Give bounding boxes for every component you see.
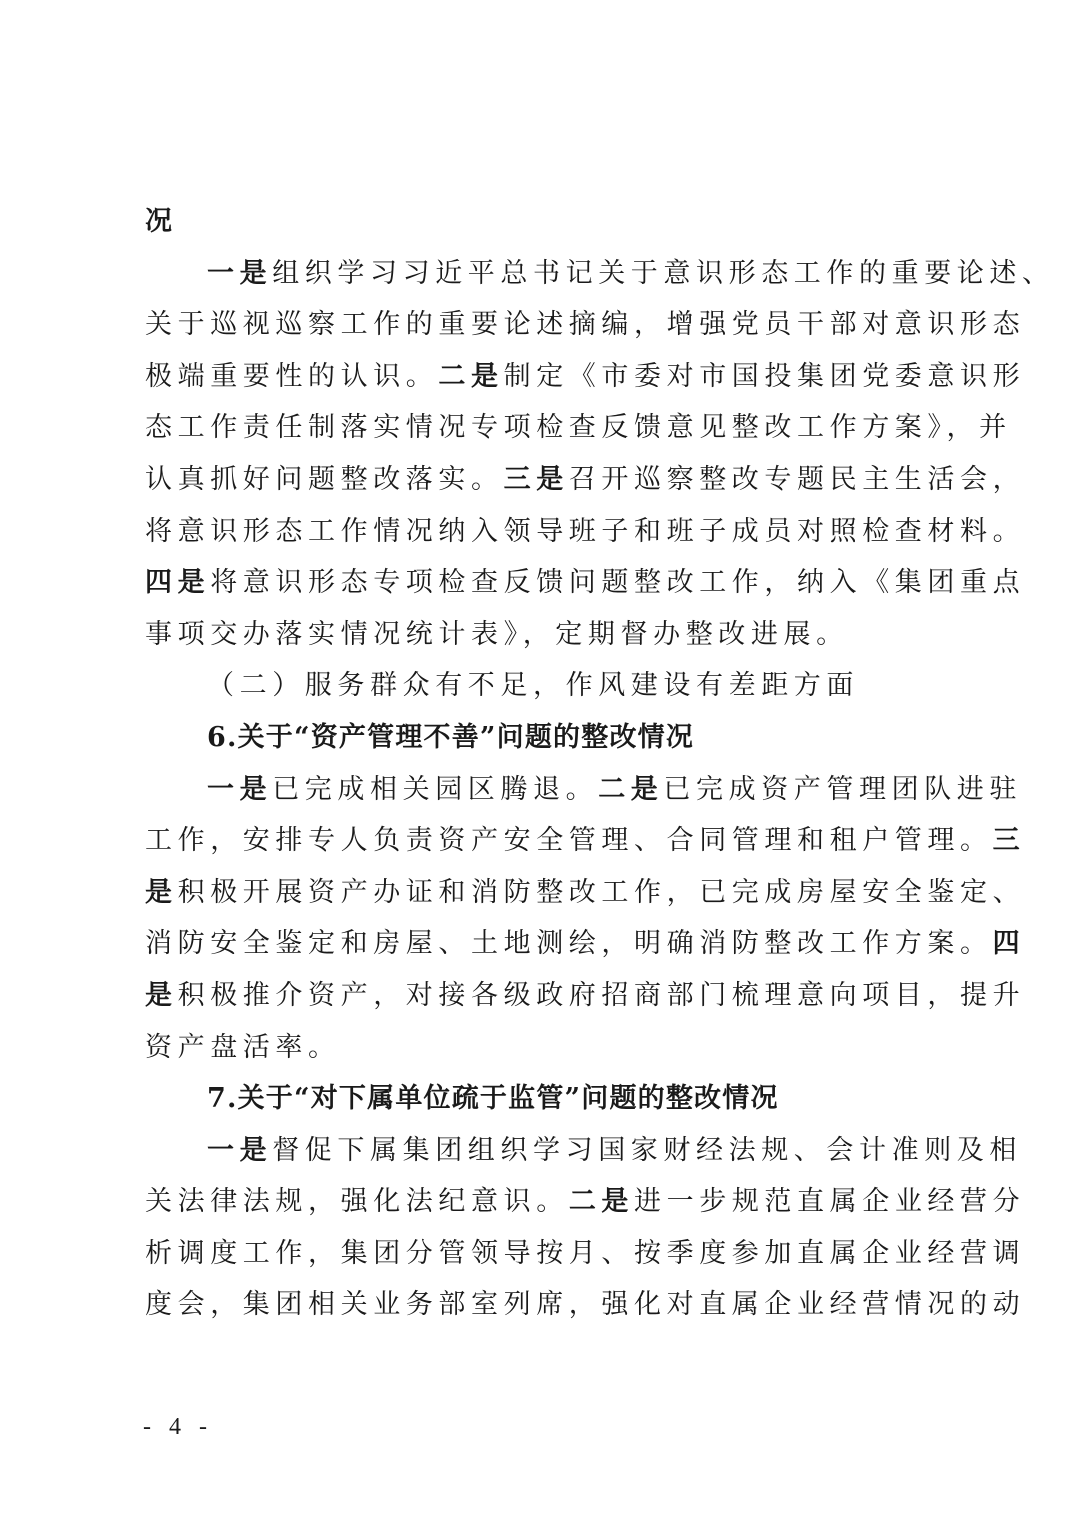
text-segment: 积极推介资产，对接各级政府招商部门梳理意向项目，提升 <box>178 980 1026 1011</box>
text-line: 关法律法规，强化法纪意识。二是进一步规范直属企业经营分 <box>145 1176 945 1228</box>
bold-text-segment: 况 <box>145 206 178 237</box>
bold-text-segment: 一是 <box>207 1135 272 1166</box>
text-line: 极端重要性的认识。二是制定《市委对市国投集团党委意识形 <box>145 351 945 403</box>
section-heading: 7.关于“对下属单位疏于监管”问题的整改情况 <box>145 1073 945 1125</box>
text-segment: 析调度工作，集团分管领导按月、按季度参加直属企业经营调 <box>145 1238 1025 1269</box>
text-line: 认真抓好问题整改落实。三是召开巡察整改专题民主生活会， <box>145 454 945 506</box>
text-segment: 度会，集团相关业务部室列席，强化对直属企业经营情况的动 <box>145 1289 1025 1320</box>
text-segment: 态工作责任制落实情况专项检查反馈意见整改工作方案》，并 <box>145 412 1012 443</box>
text-segment: 进一步规范直属企业经营分 <box>634 1186 1025 1217</box>
text-line: 工作，安排专人负责资产安全管理、合同管理和租户管理。三 <box>145 815 945 867</box>
bold-text-segment: 是 <box>145 980 178 1011</box>
text-line: （二）服务群众有不足，作风建设有差距方面 <box>145 660 945 712</box>
page-number: - 4 - <box>143 1414 213 1441</box>
text-segment: 督促下属集团组织学习国家财经法规、会计准则及相 <box>272 1135 1022 1166</box>
text-segment: 认真抓好问题整改落实。 <box>145 464 504 495</box>
text-segment: 工作，安排专人负责资产安全管理、合同管理和租户管理。 <box>145 825 993 856</box>
bold-text-segment: 是 <box>145 877 178 908</box>
text-line: 是积极推介资产，对接各级政府招商部门梳理意向项目，提升 <box>145 970 945 1022</box>
document-body: 况一是组织学习习近平总书记关于意识形态工作的重要论述、关于巡视巡察工作的重要论述… <box>145 196 945 1331</box>
bold-text-segment: 7.关于“对下属单位疏于监管”问题的整改情况 <box>207 1083 779 1114</box>
bold-text-segment: 二是 <box>438 361 503 392</box>
text-segment: 关于巡视巡察工作的重要论述摘编，增强党员干部对意识形态 <box>145 309 1025 340</box>
text-segment: （二）服务群众有不足，作风建设有差距方面 <box>207 670 859 701</box>
text-line: 况 <box>145 196 945 248</box>
text-segment: 极端重要性的认识。 <box>145 361 438 392</box>
text-line: 析调度工作，集团分管领导按月、按季度参加直属企业经营调 <box>145 1228 945 1280</box>
text-line: 消防安全鉴定和房屋、土地测绘，明确消防整改工作方案。四 <box>145 918 945 970</box>
bold-text-segment: 四 <box>993 928 1026 959</box>
text-line: 一是已完成相关园区腾退。二是已完成资产管理团队进驻 <box>145 764 945 816</box>
text-line: 态工作责任制落实情况专项检查反馈意见整改工作方案》，并 <box>145 402 945 454</box>
bold-text-segment: 二是 <box>598 774 663 805</box>
text-segment: 制定《市委对市国投集团党委意识形 <box>504 361 1026 392</box>
text-line: 四是将意识形态专项检查反馈问题整改工作，纳入《集团重点 <box>145 557 945 609</box>
bold-text-segment: 三是 <box>504 464 569 495</box>
bold-text-segment: 二是 <box>569 1186 634 1217</box>
text-segment: 组织学习习近平总书记关于意识形态工作的重要论述、 <box>272 258 1054 289</box>
text-line: 度会，集团相关业务部室列席，强化对直属企业经营情况的动 <box>145 1279 945 1331</box>
text-line: 一是组织学习习近平总书记关于意识形态工作的重要论述、 <box>145 248 945 300</box>
text-line: 将意识形态工作情况纳入领导班子和班子成员对照检查材料。 <box>145 506 945 558</box>
text-segment: 资产盘活率。 <box>145 1032 341 1063</box>
text-segment: 积极开展资产办证和消防整改工作，已完成房屋安全鉴定、 <box>178 877 1026 908</box>
text-line: 一是督促下属集团组织学习国家财经法规、会计准则及相 <box>145 1125 945 1177</box>
bold-text-segment: 6.关于“资产管理不善”问题的整改情况 <box>207 722 694 753</box>
text-line: 关于巡视巡察工作的重要论述摘编，增强党员干部对意识形态 <box>145 299 945 351</box>
text-line: 资产盘活率。 <box>145 1022 945 1074</box>
text-segment: 召开巡察整改专题民主生活会， <box>569 464 1025 495</box>
bold-text-segment: 一是 <box>207 774 272 805</box>
text-line: 事项交办落实情况统计表》，定期督办整改进展。 <box>145 609 945 661</box>
bold-text-segment: 三 <box>993 825 1026 856</box>
bold-text-segment: 一是 <box>207 258 272 289</box>
document-page: 况一是组织学习习近平总书记关于意识形态工作的重要论述、关于巡视巡察工作的重要论述… <box>0 0 1074 1520</box>
text-segment: 将意识形态专项检查反馈问题整改工作，纳入《集团重点 <box>210 567 1025 598</box>
text-segment: 事项交办落实情况统计表》，定期督办整改进展。 <box>145 619 849 650</box>
text-segment: 关法律法规，强化法纪意识。 <box>145 1186 569 1217</box>
bold-text-segment: 四是 <box>145 567 210 598</box>
text-segment: 已完成资产管理团队进驻 <box>663 774 1022 805</box>
section-heading: 6.关于“资产管理不善”问题的整改情况 <box>145 712 945 764</box>
text-line: 是积极开展资产办证和消防整改工作，已完成房屋安全鉴定、 <box>145 867 945 919</box>
text-segment: 已完成相关园区腾退。 <box>272 774 598 805</box>
text-segment: 消防安全鉴定和房屋、土地测绘，明确消防整改工作方案。 <box>145 928 993 959</box>
text-segment: 将意识形态工作情况纳入领导班子和班子成员对照检查材料。 <box>145 516 1025 547</box>
